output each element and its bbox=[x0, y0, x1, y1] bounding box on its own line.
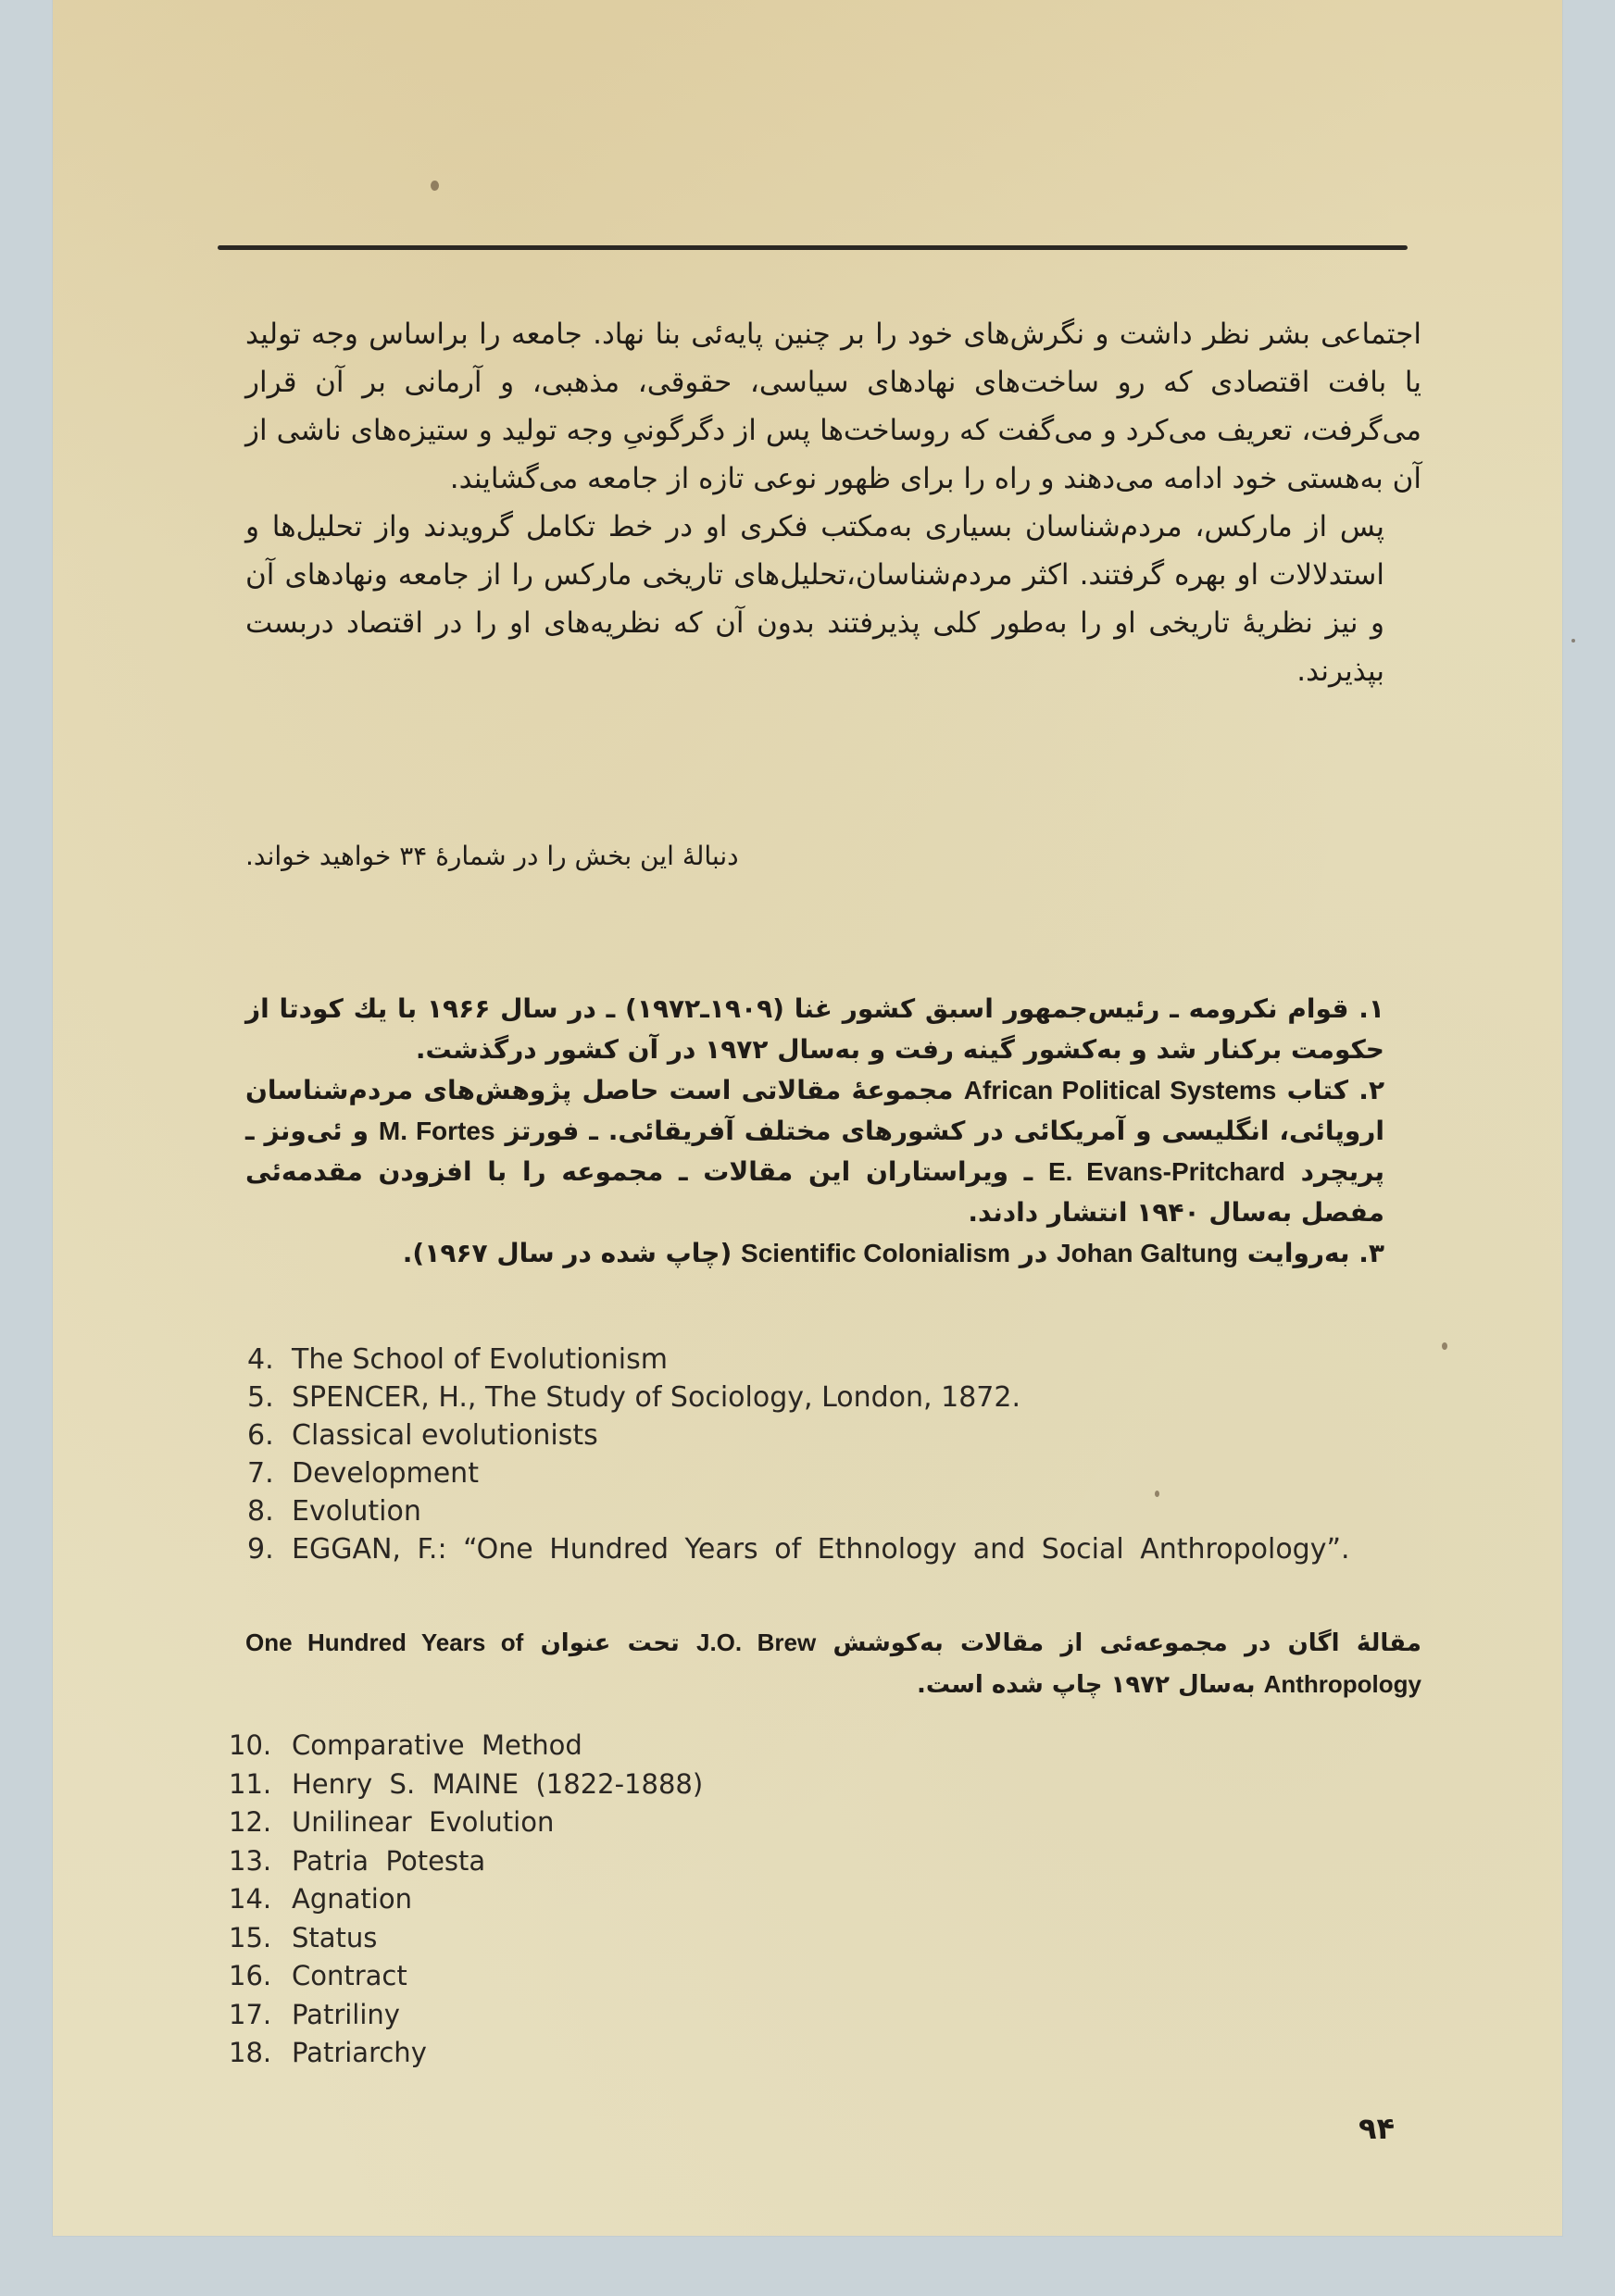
english-footnotes-1: 4. The School of Evolutionism 5. SPENCER… bbox=[247, 1341, 1423, 1568]
footnote-3-prefix: ۳. به‌روایت bbox=[1247, 1238, 1384, 1268]
footnote-number: 11. bbox=[229, 1766, 292, 1804]
paper-speck bbox=[1442, 1342, 1447, 1350]
footnote-text: Agnation bbox=[292, 1880, 412, 1919]
body-text: اجتماعی بشر نظر داشت و نگرش‌های خود را ب… bbox=[245, 310, 1421, 695]
footnote-text: Henry S. MAINE (1822-1888) bbox=[292, 1766, 703, 1804]
footnote-text: Patriliny bbox=[292, 1996, 400, 2035]
footnote-text: Evolution bbox=[292, 1492, 1423, 1530]
footnote-number: 12. bbox=[229, 1803, 292, 1842]
footnote-9: 9. EGGAN, F.: “One Hundred Years of Ethn… bbox=[247, 1530, 1423, 1568]
paper-speck bbox=[431, 181, 439, 191]
footnote-number: 13. bbox=[229, 1842, 292, 1881]
footnote-number: 16. bbox=[229, 1957, 292, 1996]
footnote-number: 14. bbox=[229, 1880, 292, 1919]
footnote-number: 8. bbox=[247, 1492, 292, 1530]
continued-note: دنبالهٔ این بخش را در شمارهٔ ۳۴ خواهید خ… bbox=[245, 841, 875, 871]
header-rule bbox=[218, 245, 1408, 250]
footnote-text: Contract bbox=[292, 1957, 407, 1996]
persian-footnotes: ۱. قوام نکرومه ـ رئیس‌جمهور اسبق کشور غن… bbox=[245, 989, 1421, 1274]
brew-editor: J.O. Brew bbox=[696, 1628, 816, 1656]
brew-prefix: مقالهٔ اگان در مجموعه‌ئی از مقالات به‌کو… bbox=[833, 1629, 1421, 1657]
footnote-text: The School of Evolutionism bbox=[292, 1341, 1423, 1379]
footnote-1: ۱. قوام نکرومه ـ رئیس‌جمهور اسبق کشور غن… bbox=[245, 989, 1421, 1070]
footnote-2-title: African Political Systems bbox=[964, 1076, 1277, 1104]
footnote-text: Development bbox=[292, 1454, 1423, 1492]
paragraph-1: اجتماعی بشر نظر داشت و نگرش‌های خود را ب… bbox=[245, 310, 1421, 503]
paragraph-2: پس از مارکس، مردم‌شناسان بسیاری به‌مکتب … bbox=[245, 503, 1421, 695]
footnote-number: 9. bbox=[247, 1530, 292, 1568]
page-number: ۹۴ bbox=[1358, 2111, 1395, 2146]
footnote-number: 10. bbox=[229, 1727, 292, 1766]
footnote-text: Classical evolutionists bbox=[292, 1416, 1423, 1454]
footnote-text: Status bbox=[292, 1919, 377, 1958]
footnote-3: ۳. به‌روایت Johan Galtung در Scientific … bbox=[245, 1233, 1421, 1274]
footnote-16: 16. Contract bbox=[229, 1957, 1062, 1996]
footnote-number: 7. bbox=[247, 1454, 292, 1492]
footnote-number: 18. bbox=[229, 2034, 292, 2073]
footnote-2-name-evans: E. Evans-Pritchard bbox=[1048, 1157, 1285, 1186]
footnote-text: Comparative Method bbox=[292, 1727, 582, 1766]
footnote-17: 17. Patriliny bbox=[229, 1996, 1062, 2035]
footnote-3-suffix: (چاپ شده در سال ۱۹۶۷). bbox=[403, 1238, 732, 1268]
footnote-15: 15. Status bbox=[229, 1919, 1062, 1958]
footnote-18: 18. Patriarchy bbox=[229, 2034, 1062, 2073]
footnote-text: SPENCER, H., The Study of Sociology, Lon… bbox=[292, 1379, 1423, 1416]
document-page: اجتماعی بشر نظر داشت و نگرش‌های خود را ب… bbox=[53, 0, 1562, 2236]
footnote-13: 13. Patria Potesta bbox=[229, 1842, 1062, 1881]
footnote-number: 5. bbox=[247, 1379, 292, 1416]
footnote-5: 5. SPENCER, H., The Study of Sociology, … bbox=[247, 1379, 1423, 1416]
english-footnotes-2: 10. Comparative Method 11. Henry S. MAIN… bbox=[229, 1727, 1062, 2073]
footnote-number: 6. bbox=[247, 1416, 292, 1454]
footnote-6: 6. Classical evolutionists bbox=[247, 1416, 1423, 1454]
footnote-2: ۲. کتاب African Political Systems مجموعه… bbox=[245, 1070, 1421, 1233]
footnote-number: 15. bbox=[229, 1919, 292, 1958]
footnote-number: 17. bbox=[229, 1996, 292, 2035]
footnote-4: 4. The School of Evolutionism bbox=[247, 1341, 1423, 1379]
footnote-11: 11. Henry S. MAINE (1822-1888) bbox=[229, 1766, 1062, 1804]
footnote-text: Unilinear Evolution bbox=[292, 1803, 554, 1842]
paper-speck bbox=[1155, 1491, 1159, 1497]
brew-mid: تحت عنوان bbox=[541, 1629, 680, 1657]
footnote-text: Patriarchy bbox=[292, 2034, 427, 2073]
footnote-3-title: Scientific Colonialism bbox=[741, 1239, 1010, 1267]
brew-suffix: به‌سال ۱۹۷۲ چاپ شده است. bbox=[917, 1671, 1256, 1699]
footnote-8: 8. Evolution bbox=[247, 1492, 1423, 1530]
footnote-9-persian-note: مقالهٔ اگان در مجموعه‌ئی از مقالات به‌کو… bbox=[245, 1622, 1421, 1705]
footnote-12: 12. Unilinear Evolution bbox=[229, 1803, 1062, 1842]
footnote-7: 7. Development bbox=[247, 1454, 1423, 1492]
footnote-text: Patria Potesta bbox=[292, 1842, 485, 1881]
footnote-2-name-fortes: M. Fortes bbox=[379, 1117, 495, 1145]
brew-note-text: مقالهٔ اگان در مجموعه‌ئی از مقالات به‌کو… bbox=[245, 1622, 1421, 1705]
paper-speck bbox=[1571, 639, 1575, 643]
footnote-number: 4. bbox=[247, 1341, 292, 1379]
footnote-3-mid: در bbox=[1020, 1238, 1048, 1268]
footnote-3-author: Johan Galtung bbox=[1057, 1239, 1238, 1267]
footnote-14: 14. Agnation bbox=[229, 1880, 1062, 1919]
footnote-10: 10. Comparative Method bbox=[229, 1727, 1062, 1766]
footnote-text: EGGAN, F.: “One Hundred Years of Ethnolo… bbox=[292, 1530, 1423, 1568]
footnote-2-prefix: ۲. کتاب bbox=[1287, 1075, 1384, 1105]
